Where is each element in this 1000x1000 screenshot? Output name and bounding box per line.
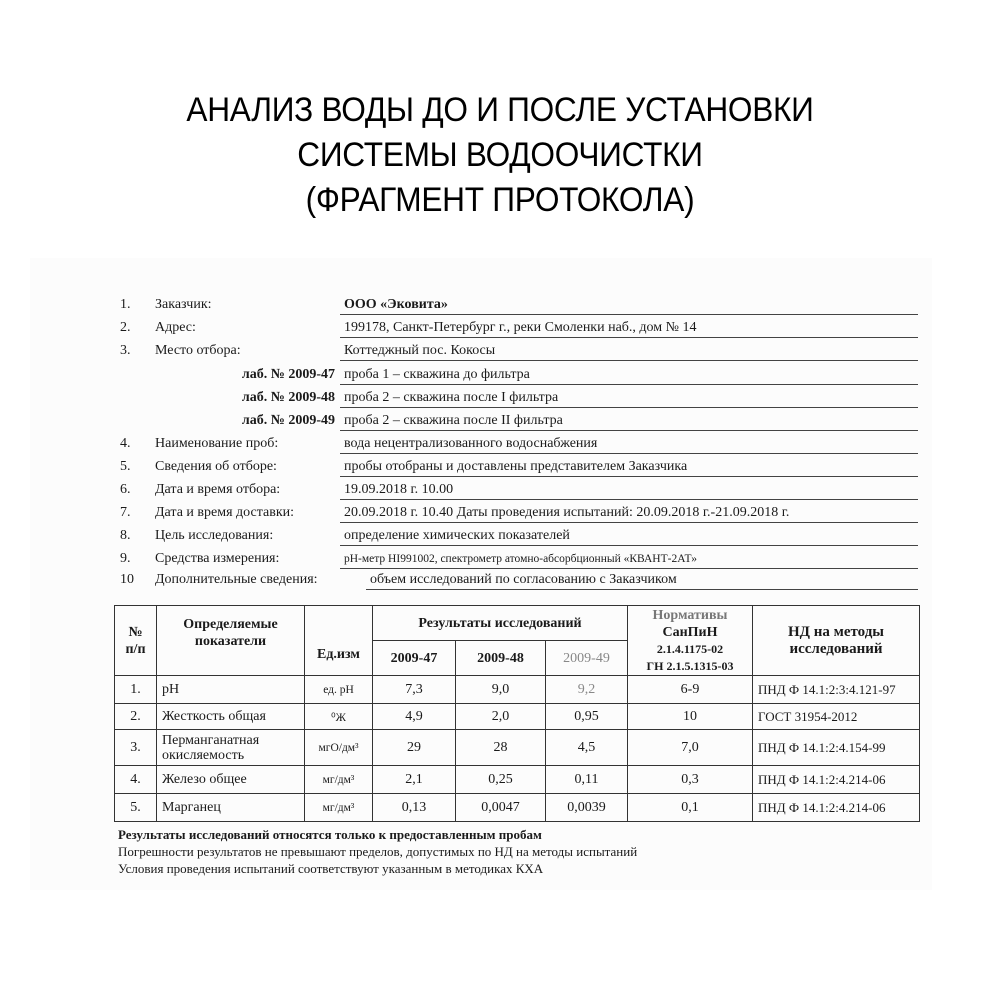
cell-sample-1: 4,9 xyxy=(373,704,456,730)
field-label: Средства измерения: xyxy=(155,550,279,568)
field-number: 10 xyxy=(120,571,134,589)
field-value: проба 1 – скважина до фильтра xyxy=(344,366,530,384)
field-value-line: pH-метр HI991002, спектрометр атомно-абс… xyxy=(340,550,918,569)
field-value: pH-метр HI991002, спектрометр атомно-абс… xyxy=(344,550,697,568)
cell-indicator: Жесткость общая xyxy=(157,704,305,730)
cell-norm: 10 xyxy=(628,704,753,730)
cell-sample-1: 29 xyxy=(373,730,456,766)
page-title: АНАЛИЗ ВОДЫ ДО И ПОСЛЕ УСТАНОВКИ СИСТЕМЫ… xyxy=(35,88,965,223)
cell-sample-1: 7,3 xyxy=(373,676,456,704)
cell-method: ПНД Ф 14.1:2:4.154-99 xyxy=(753,730,920,766)
field-label: Место отбора: xyxy=(155,342,241,360)
cell-method: ГОСТ 31954-2012 xyxy=(753,704,920,730)
col-header-unit: Ед.изм xyxy=(305,606,373,676)
field-value-line: ООО «Эковита» xyxy=(340,296,918,315)
field-value-line: пробы отобраны и доставлены представител… xyxy=(340,458,918,477)
table-row: 4.Железо общеемг/дм³2,10,250,110,3ПНД Ф … xyxy=(115,766,920,794)
col-header-sample-1: 2009-47 xyxy=(373,641,456,676)
col-header-num: №п/п xyxy=(115,606,157,676)
table-header-row: №п/п Определяемыепоказатели Ед.изм Резул… xyxy=(115,606,920,641)
lab-number-label: лаб. № 2009-47 xyxy=(0,366,335,384)
field-value-line: проба 1 – скважина до фильтра xyxy=(340,366,918,385)
field-value-line: 20.09.2018 г. 10.40 Даты проведения испы… xyxy=(340,504,918,523)
cell-sample-2: 0,25 xyxy=(456,766,546,794)
field-value: пробы отобраны и доставлены представител… xyxy=(344,458,687,476)
cell-sample-1: 0,13 xyxy=(373,794,456,822)
cell-indicator: Марганец xyxy=(157,794,305,822)
col-header-method: НД на методыисследований xyxy=(753,606,920,676)
col-header-sample-2: 2009-48 xyxy=(456,641,546,676)
cell-norm: 7,0 xyxy=(628,730,753,766)
col-header-sample-3: 2009-49 xyxy=(546,641,628,676)
cell-sample-3: 0,0039 xyxy=(546,794,628,822)
field-value: 199178, Санкт-Петербург г., реки Смоленк… xyxy=(344,319,697,337)
title-line-1: АНАЛИЗ ВОДЫ ДО И ПОСЛЕ УСТАНОВКИ xyxy=(35,88,965,133)
field-number: 1. xyxy=(120,296,131,314)
cell-sample-2: 9,0 xyxy=(456,676,546,704)
field-label: Дата и время отбора: xyxy=(155,481,280,499)
col-header-results: Результаты исследований xyxy=(373,606,628,641)
field-number: 4. xyxy=(120,435,131,453)
table-row: 1.pHед. pH7,39,09,26-9ПНД Ф 14.1:2:3:4.1… xyxy=(115,676,920,704)
cell-unit: мг/дм³ xyxy=(305,766,373,794)
field-number: 5. xyxy=(120,458,131,476)
results-table: №п/п Определяемыепоказатели Ед.изм Резул… xyxy=(114,605,920,822)
cell-sample-2: 2,0 xyxy=(456,704,546,730)
cell-unit: мгО/дм³ xyxy=(305,730,373,766)
results-table-body: 1.pHед. pH7,39,09,26-9ПНД Ф 14.1:2:3:4.1… xyxy=(115,676,920,822)
cell-unit: ⁰Ж xyxy=(305,704,373,730)
field-value: ООО «Эковита» xyxy=(344,296,448,314)
cell-num: 5. xyxy=(115,794,157,822)
cell-sample-1: 2,1 xyxy=(373,766,456,794)
field-value: вода нецентрализованного водоснабжения xyxy=(344,435,597,453)
field-label: Сведения об отборе: xyxy=(155,458,277,476)
field-number: 8. xyxy=(120,527,131,545)
title-line-2: СИСТЕМЫ ВОДООЧИСТКИ xyxy=(35,133,965,178)
field-value: 19.09.2018 г. 10.00 xyxy=(344,481,453,499)
col-header-indicator: Определяемыепоказатели xyxy=(157,606,305,676)
table-row: 2.Жесткость общая⁰Ж4,92,00,9510ГОСТ 3195… xyxy=(115,704,920,730)
cell-num: 1. xyxy=(115,676,157,704)
table-row: 3.Перманганатная окисляемостьмгО/дм³2928… xyxy=(115,730,920,766)
cell-sample-2: 0,0047 xyxy=(456,794,546,822)
field-value-line: проба 2 – скважина после I фильтра xyxy=(340,389,918,408)
cell-sample-3: 9,2 xyxy=(546,676,628,704)
cell-norm: 0,3 xyxy=(628,766,753,794)
note-results-scope: Результаты исследований относятся только… xyxy=(118,826,637,843)
cell-sample-3: 0,95 xyxy=(546,704,628,730)
field-label: Заказчик: xyxy=(155,296,212,314)
note-conditions: Условия проведения испытаний соответству… xyxy=(118,860,637,877)
cell-num: 3. xyxy=(115,730,157,766)
cell-sample-3: 4,5 xyxy=(546,730,628,766)
field-label: Дополнительные сведения: xyxy=(155,571,318,589)
title-line-3: (ФРАГМЕНТ ПРОТОКОЛА) xyxy=(35,178,965,223)
note-errors: Погрешности результатов не превышают пре… xyxy=(118,843,637,860)
field-value: проба 2 – скважина после I фильтра xyxy=(344,389,558,407)
cell-sample-2: 28 xyxy=(456,730,546,766)
table-row: 5.Марганецмг/дм³0,130,00470,00390,1ПНД Ф… xyxy=(115,794,920,822)
col-header-sanpin: Нормативы СанПиН 2.1.4.1175-02 ГН 2.1.5.… xyxy=(628,606,753,676)
field-value: объем исследований по согласованию с Зак… xyxy=(370,571,677,589)
field-number: 3. xyxy=(120,342,131,360)
field-number: 9. xyxy=(120,550,131,568)
field-number: 6. xyxy=(120,481,131,499)
field-value-line: объем исследований по согласованию с Зак… xyxy=(366,571,918,590)
field-value: определение химических показателей xyxy=(344,527,570,545)
field-number: 2. xyxy=(120,319,131,337)
cell-indicator: pH xyxy=(157,676,305,704)
cell-indicator: Железо общее xyxy=(157,766,305,794)
cell-norm: 6-9 xyxy=(628,676,753,704)
cell-method: ПНД Ф 14.1:2:4.214-06 xyxy=(753,766,920,794)
cell-unit: мг/дм³ xyxy=(305,794,373,822)
field-label: Наименование проб: xyxy=(155,435,278,453)
cell-method: ПНД Ф 14.1:2:4.214-06 xyxy=(753,794,920,822)
lab-number-label: лаб. № 2009-49 xyxy=(0,412,335,430)
field-label: Дата и время доставки: xyxy=(155,504,294,522)
field-value: 20.09.2018 г. 10.40 Даты проведения испы… xyxy=(344,504,789,522)
field-number: 7. xyxy=(120,504,131,522)
field-label: Цель исследования: xyxy=(155,527,273,545)
cell-indicator: Перманганатная окисляемость xyxy=(157,730,305,766)
cell-num: 2. xyxy=(115,704,157,730)
field-value: Коттеджный пос. Кокосы xyxy=(344,342,495,360)
field-value-line: Коттеджный пос. Кокосы xyxy=(340,342,918,361)
field-value-line: 19.09.2018 г. 10.00 xyxy=(340,481,918,500)
field-value-line: вода нецентрализованного водоснабжения xyxy=(340,435,918,454)
cell-unit: ед. pH xyxy=(305,676,373,704)
cell-num: 4. xyxy=(115,766,157,794)
protocol-notes: Результаты исследований относятся только… xyxy=(118,826,637,877)
cell-sample-3: 0,11 xyxy=(546,766,628,794)
cell-method: ПНД Ф 14.1:2:3:4.121-97 xyxy=(753,676,920,704)
field-value-line: проба 2 – скважина после II фильтра xyxy=(340,412,918,431)
lab-number-label: лаб. № 2009-48 xyxy=(0,389,335,407)
field-value: проба 2 – скважина после II фильтра xyxy=(344,412,563,430)
cell-norm: 0,1 xyxy=(628,794,753,822)
field-value-line: 199178, Санкт-Петербург г., реки Смоленк… xyxy=(340,319,918,338)
field-value-line: определение химических показателей xyxy=(340,527,918,546)
field-label: Адрес: xyxy=(155,319,196,337)
